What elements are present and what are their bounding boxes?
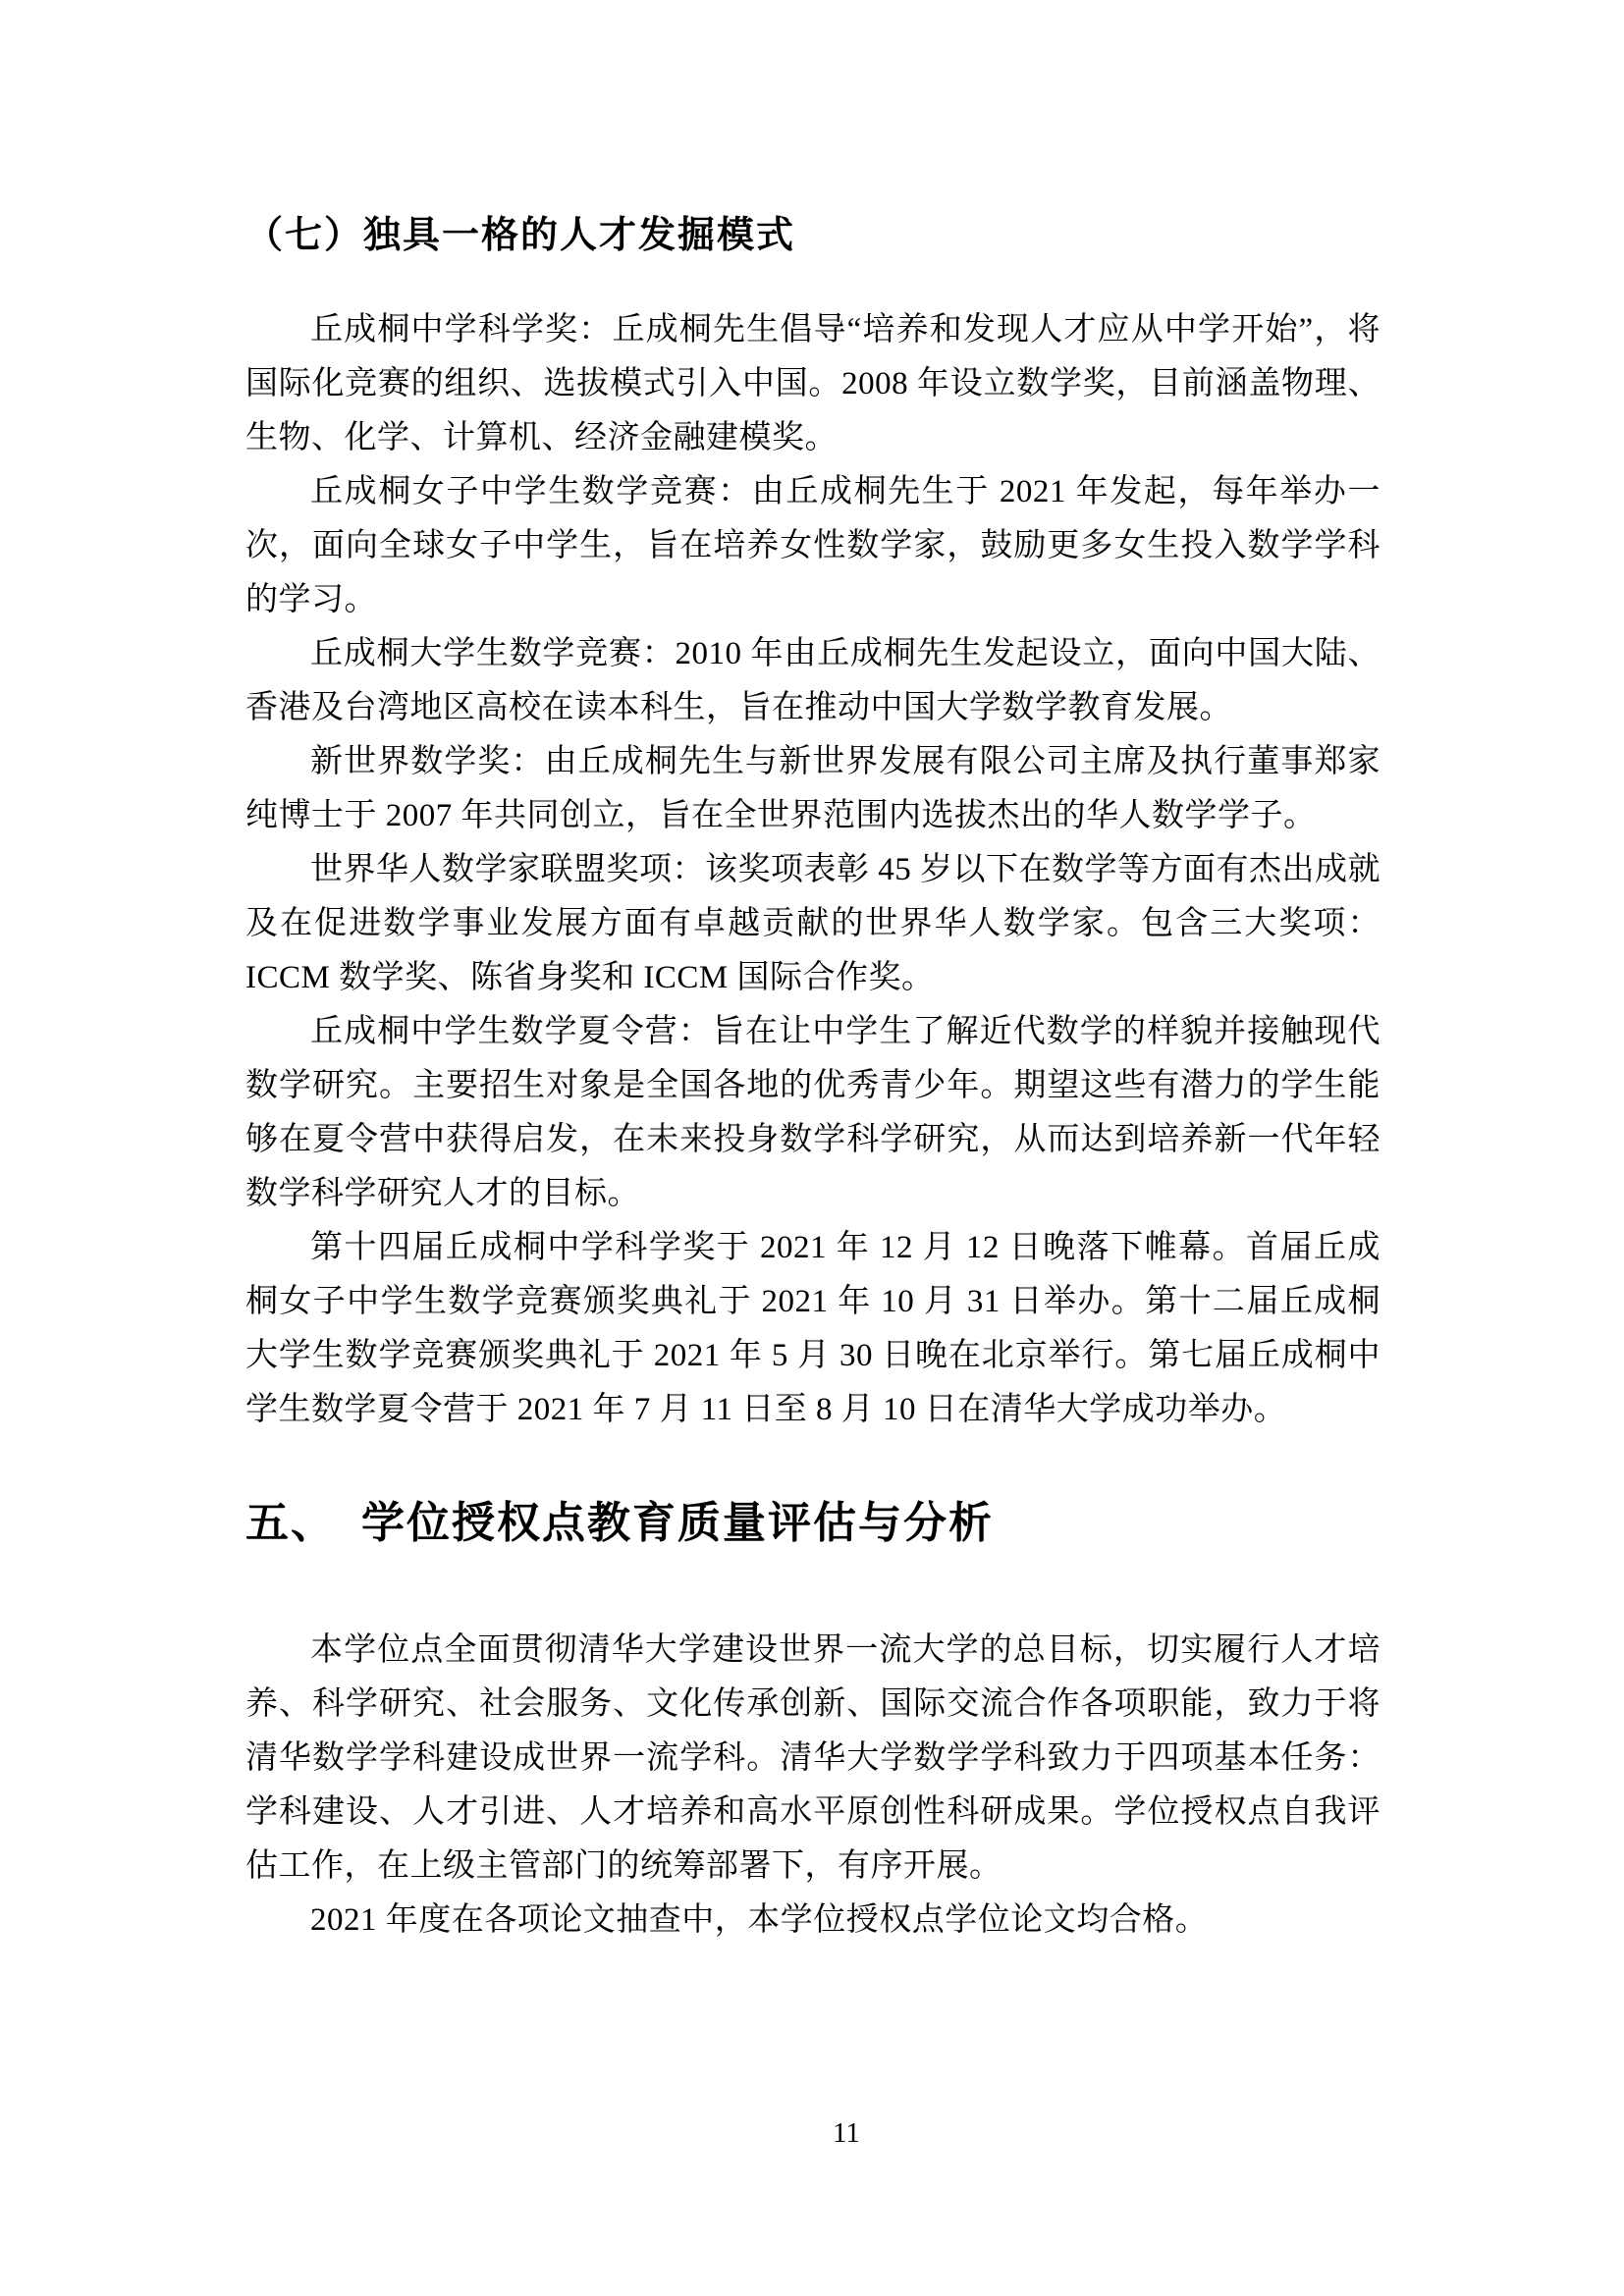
paragraph-iccm-awards: 世界华人数学家联盟奖项：该奖项表彰 45 岁以下在数学等方面有杰出成就及在促进数… (245, 843, 1380, 1005)
section-7-heading: （七）独具一格的人才发掘模式 (245, 209, 1380, 262)
page-number: 11 (833, 2115, 860, 2151)
paragraph-yau-girls-math-competition: 丘成桐女子中学生数学竞赛：由丘成桐先生于 2021 年发起，每年举办一次，面向全… (245, 465, 1380, 627)
paragraph-2021-events-summary: 第十四届丘成桐中学科学奖于 2021 年 12 月 12 日晚落下帷幕。首届丘成… (245, 1221, 1380, 1437)
paragraph-yau-college-math-competition: 丘成桐大学生数学竞赛：2010 年由丘成桐先生发起设立，面向中国大陆、香港及台湾… (245, 627, 1380, 735)
section-5-title: 学位授权点教育质量评估与分析 (361, 1499, 994, 1547)
document-content: （七）独具一格的人才发掘模式 丘成桐中学科学奖：丘成桐先生倡导“培养和发现人才应… (245, 0, 1380, 1948)
paragraph-yau-high-school-award: 丘成桐中学科学奖：丘成桐先生倡导“培养和发现人才应从中学开始”，将国际化竞赛的组… (245, 303, 1380, 465)
section-5-number: 五、 (245, 1499, 336, 1547)
paragraph-thesis-check-result: 2021 年度在各项论文抽查中，本学位授权点学位论文均合格。 (245, 1894, 1380, 1948)
paragraph-yau-math-summer-camp: 丘成桐中学生数学夏令营：旨在让中学生了解近代数学的样貌并接触现代数学研究。主要招… (245, 1005, 1380, 1221)
document-page: （七）独具一格的人才发掘模式 丘成桐中学科学奖：丘成桐先生倡导“培养和发现人才应… (0, 0, 1624, 2296)
paragraph-new-world-math-award: 新世界数学奖：由丘成桐先生与新世界发展有限公司主席及执行董事郑家纯博士于 200… (245, 735, 1380, 843)
paragraph-degree-point-overview: 本学位点全面贯彻清华大学建设世界一流大学的总目标，切实履行人才培养、科学研究、社… (245, 1624, 1380, 1894)
section-5-heading: 五、学位授权点教育质量评估与分析 (245, 1494, 1380, 1553)
